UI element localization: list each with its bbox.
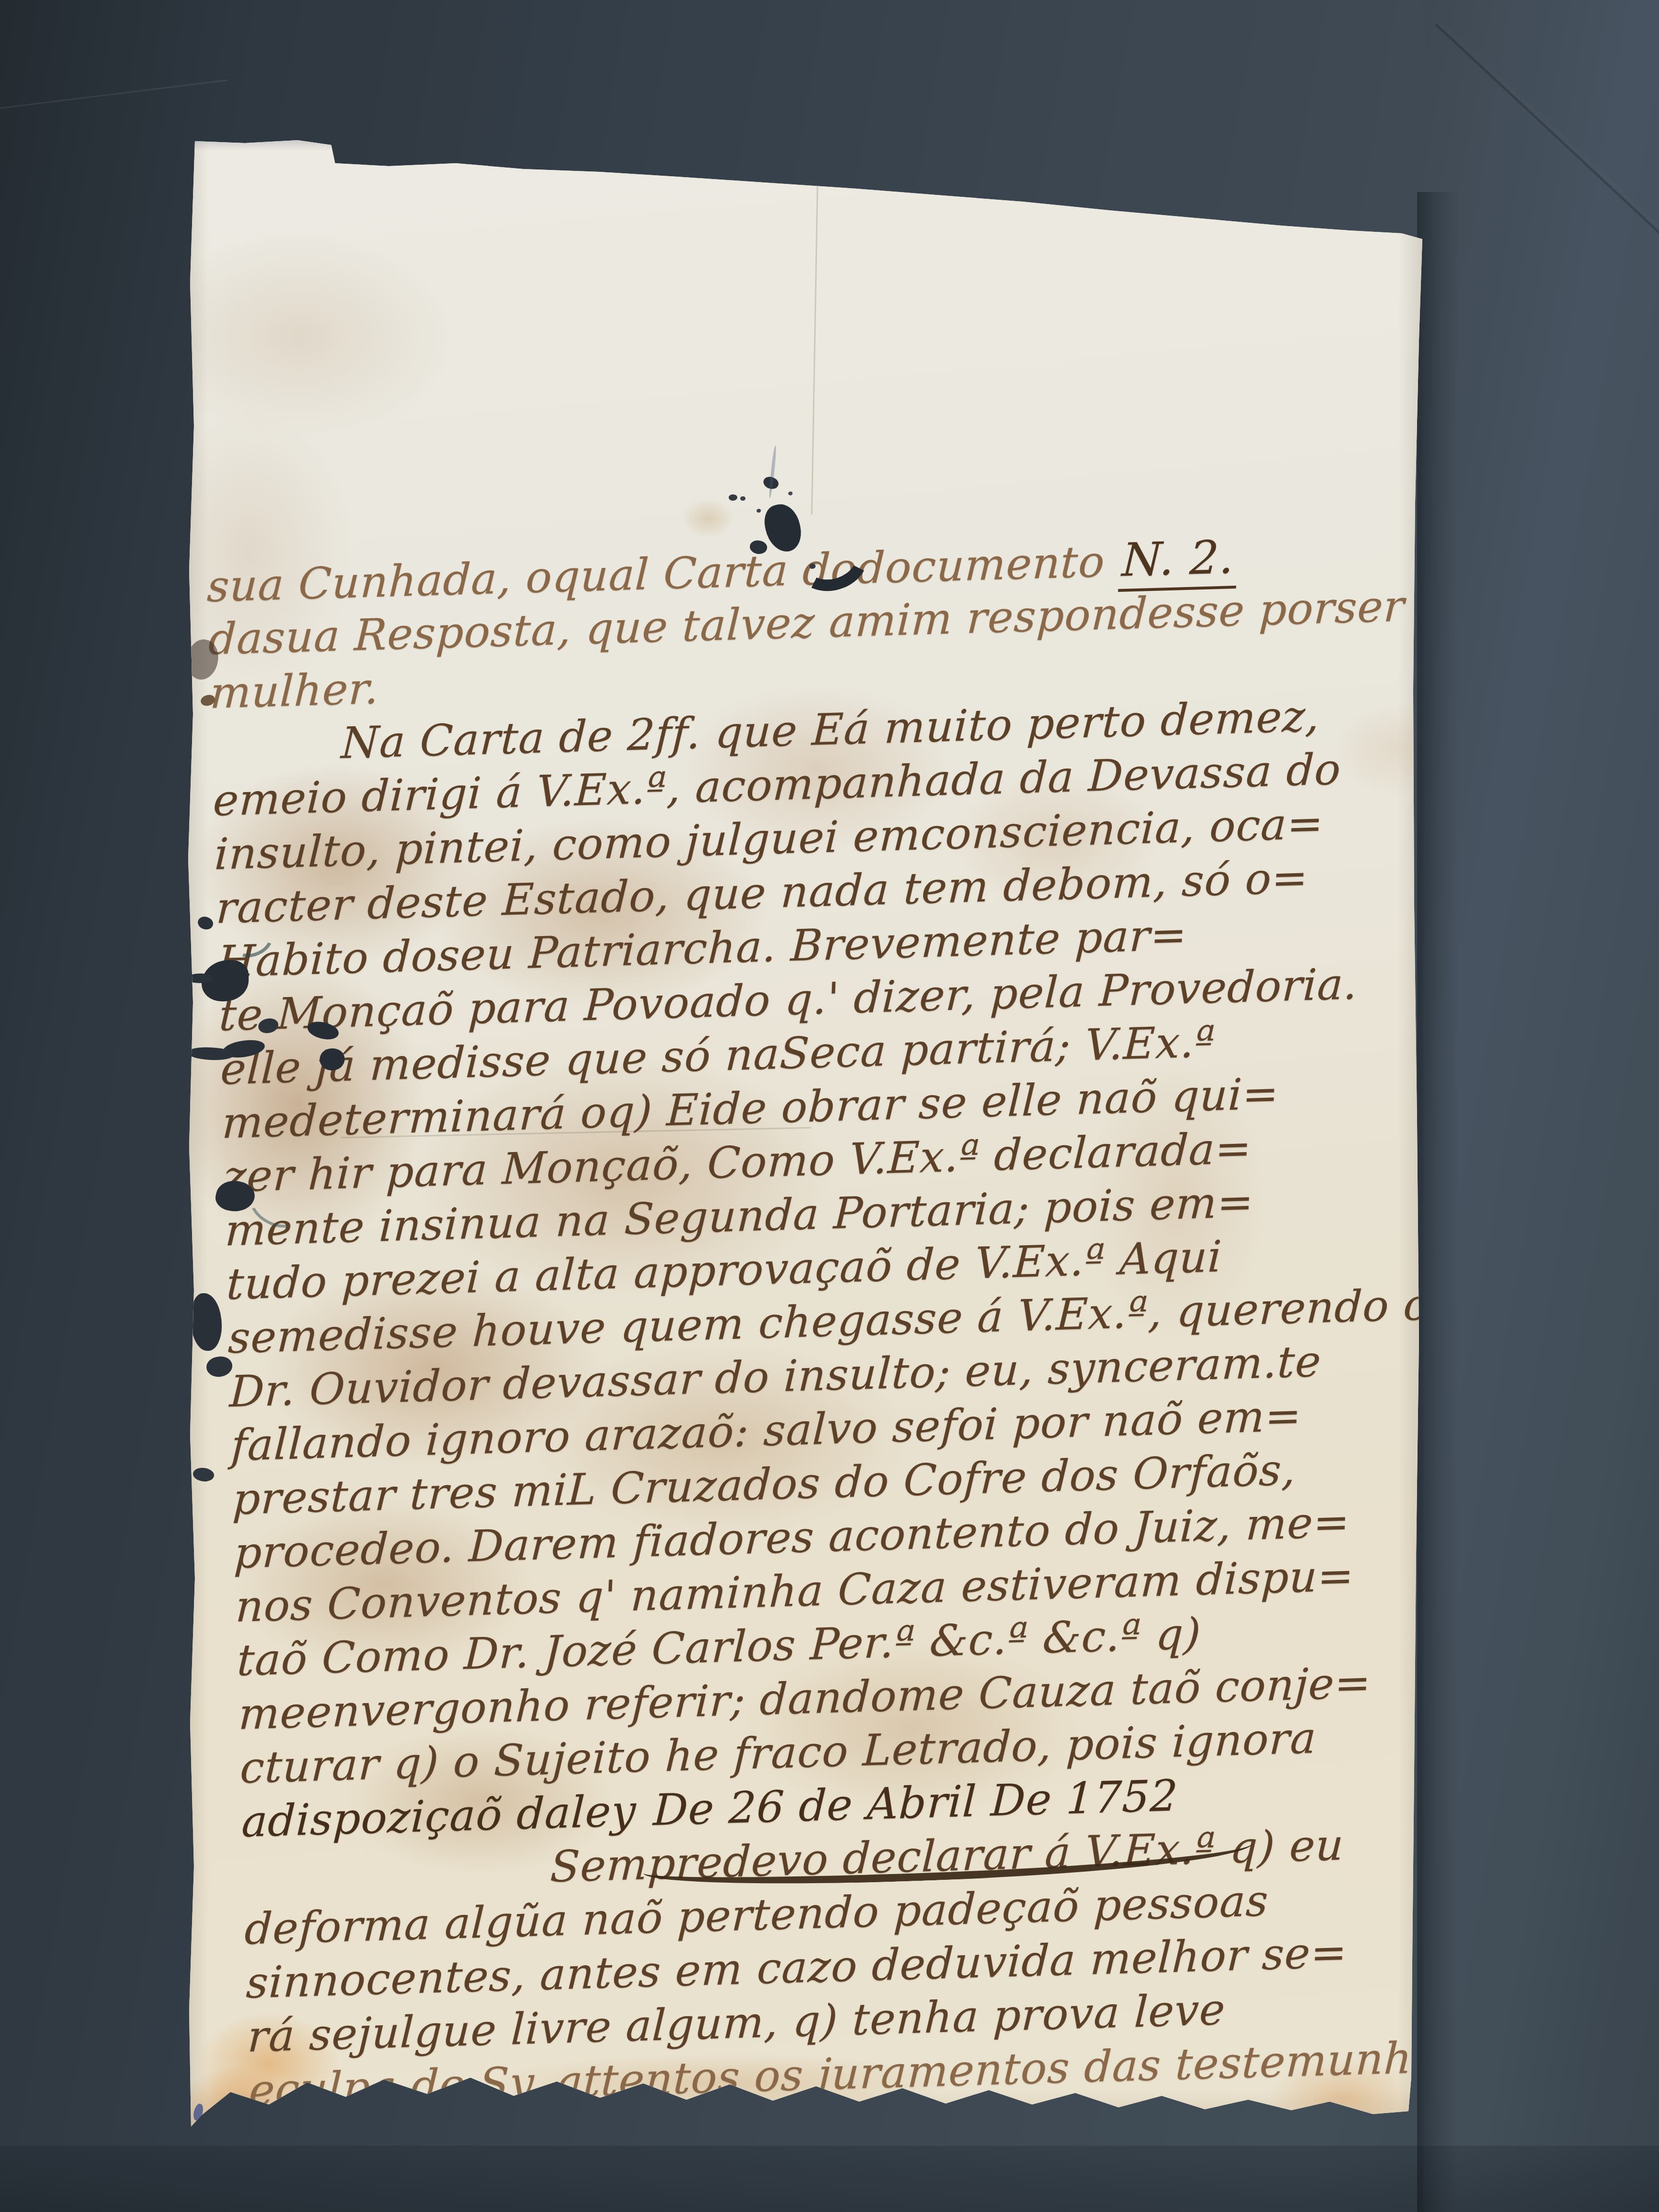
fabric-crease-top-left — [0, 80, 228, 110]
ink-blot — [191, 1293, 222, 1351]
paper-crease-vertical — [811, 159, 819, 515]
manuscript-photo: sua Cunhada, oqual Carta dodocumento N. … — [0, 0, 1659, 2212]
ink-blot — [320, 1048, 345, 1070]
ink-blot — [187, 974, 213, 983]
manuscript-page: sua Cunhada, oqual Carta dodocumento N. … — [187, 138, 1426, 2130]
underlined-phrase: N. 2. — [1118, 530, 1238, 592]
ink-blot — [196, 915, 215, 932]
ink-blot — [809, 564, 816, 569]
fabric-shadow-bottom — [0, 2146, 1659, 2212]
ink-blot — [192, 2103, 204, 2121]
ink-blot — [788, 492, 793, 495]
ink-blot — [740, 496, 745, 501]
ink-blot — [768, 445, 777, 498]
fabric-fold-shadow-right — [1417, 192, 1470, 2212]
ink-blot — [192, 1467, 215, 1483]
ink-blot — [729, 494, 737, 501]
ink-blot — [757, 509, 761, 513]
